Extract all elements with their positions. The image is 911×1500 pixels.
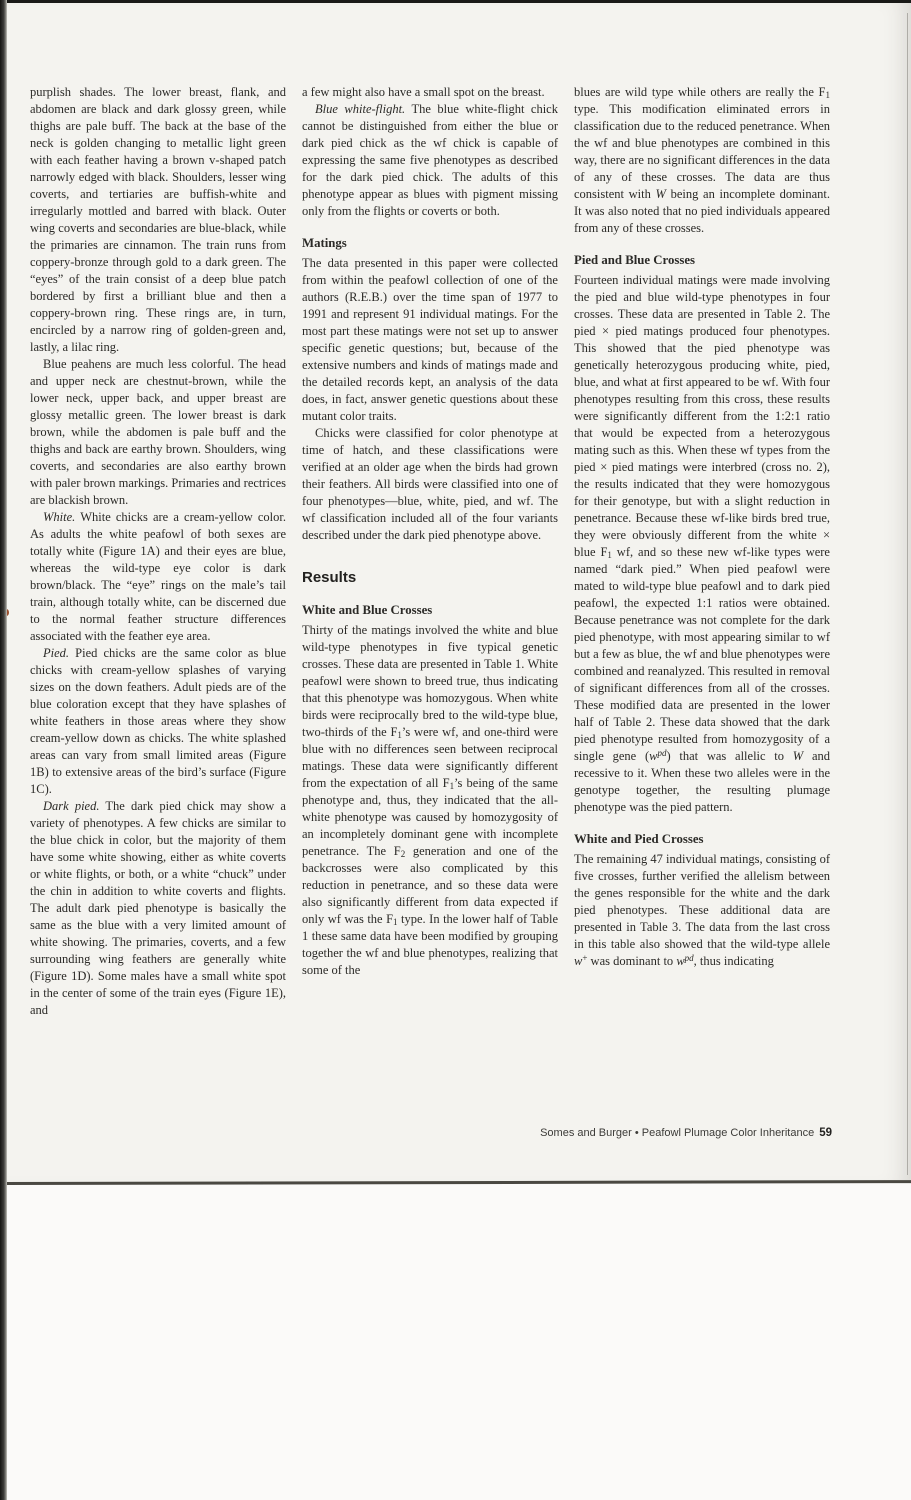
- footer-citation: Somes and Burger • Peafowl Plumage Color…: [540, 1127, 814, 1139]
- paragraph: White. White chicks are a cream-yellow c…: [30, 509, 286, 645]
- paragraph: Blue peahens are much less colorful. The…: [30, 356, 286, 509]
- paragraph: Thirty of the matings involved the white…: [302, 622, 558, 979]
- section-heading: Results: [302, 568, 558, 587]
- article-content: purplish shades. The lower breast, flank…: [30, 84, 830, 1019]
- article-page: purplish shades. The lower breast, flank…: [7, 3, 911, 1183]
- page-bottom-edge: [6, 1180, 911, 1185]
- page-footer: Somes and Burger • Peafowl Plumage Color…: [540, 1127, 832, 1139]
- subsection-heading: Pied and Blue Crosses: [574, 252, 830, 269]
- paragraph: purplish shades. The lower breast, flank…: [30, 84, 286, 356]
- page-right-edge-line: [907, 13, 908, 1175]
- scanned-journal-page: purplish shades. The lower breast, flank…: [0, 0, 911, 1500]
- paragraph: The data presented in this paper were co…: [302, 255, 558, 425]
- paragraph: Pied. Pied chicks are the same color as …: [30, 645, 286, 798]
- subsection-heading: White and Blue Crosses: [302, 602, 558, 619]
- column-2: a few might also have a small spot on th…: [302, 84, 558, 1019]
- scanner-left-edge: [0, 0, 7, 1500]
- paragraph: a few might also have a small spot on th…: [302, 84, 558, 101]
- column-3: blues are wild type while others are rea…: [574, 84, 830, 1019]
- paragraph: Chicks were classified for color phenoty…: [302, 425, 558, 544]
- paragraph: The remaining 47 individual matings, con…: [574, 851, 830, 970]
- paragraph: Fourteen individual matings were made in…: [574, 272, 830, 816]
- paragraph: Blue white-flight. The blue white-flight…: [302, 101, 558, 220]
- paragraph: blues are wild type while others are rea…: [574, 84, 830, 237]
- paragraph: Dark pied. The dark pied chick may show …: [30, 798, 286, 1019]
- page-number: 59: [819, 1127, 832, 1139]
- subsection-heading: Matings: [302, 235, 558, 252]
- column-1: purplish shades. The lower breast, flank…: [30, 84, 286, 1019]
- subsection-heading: White and Pied Crosses: [574, 831, 830, 848]
